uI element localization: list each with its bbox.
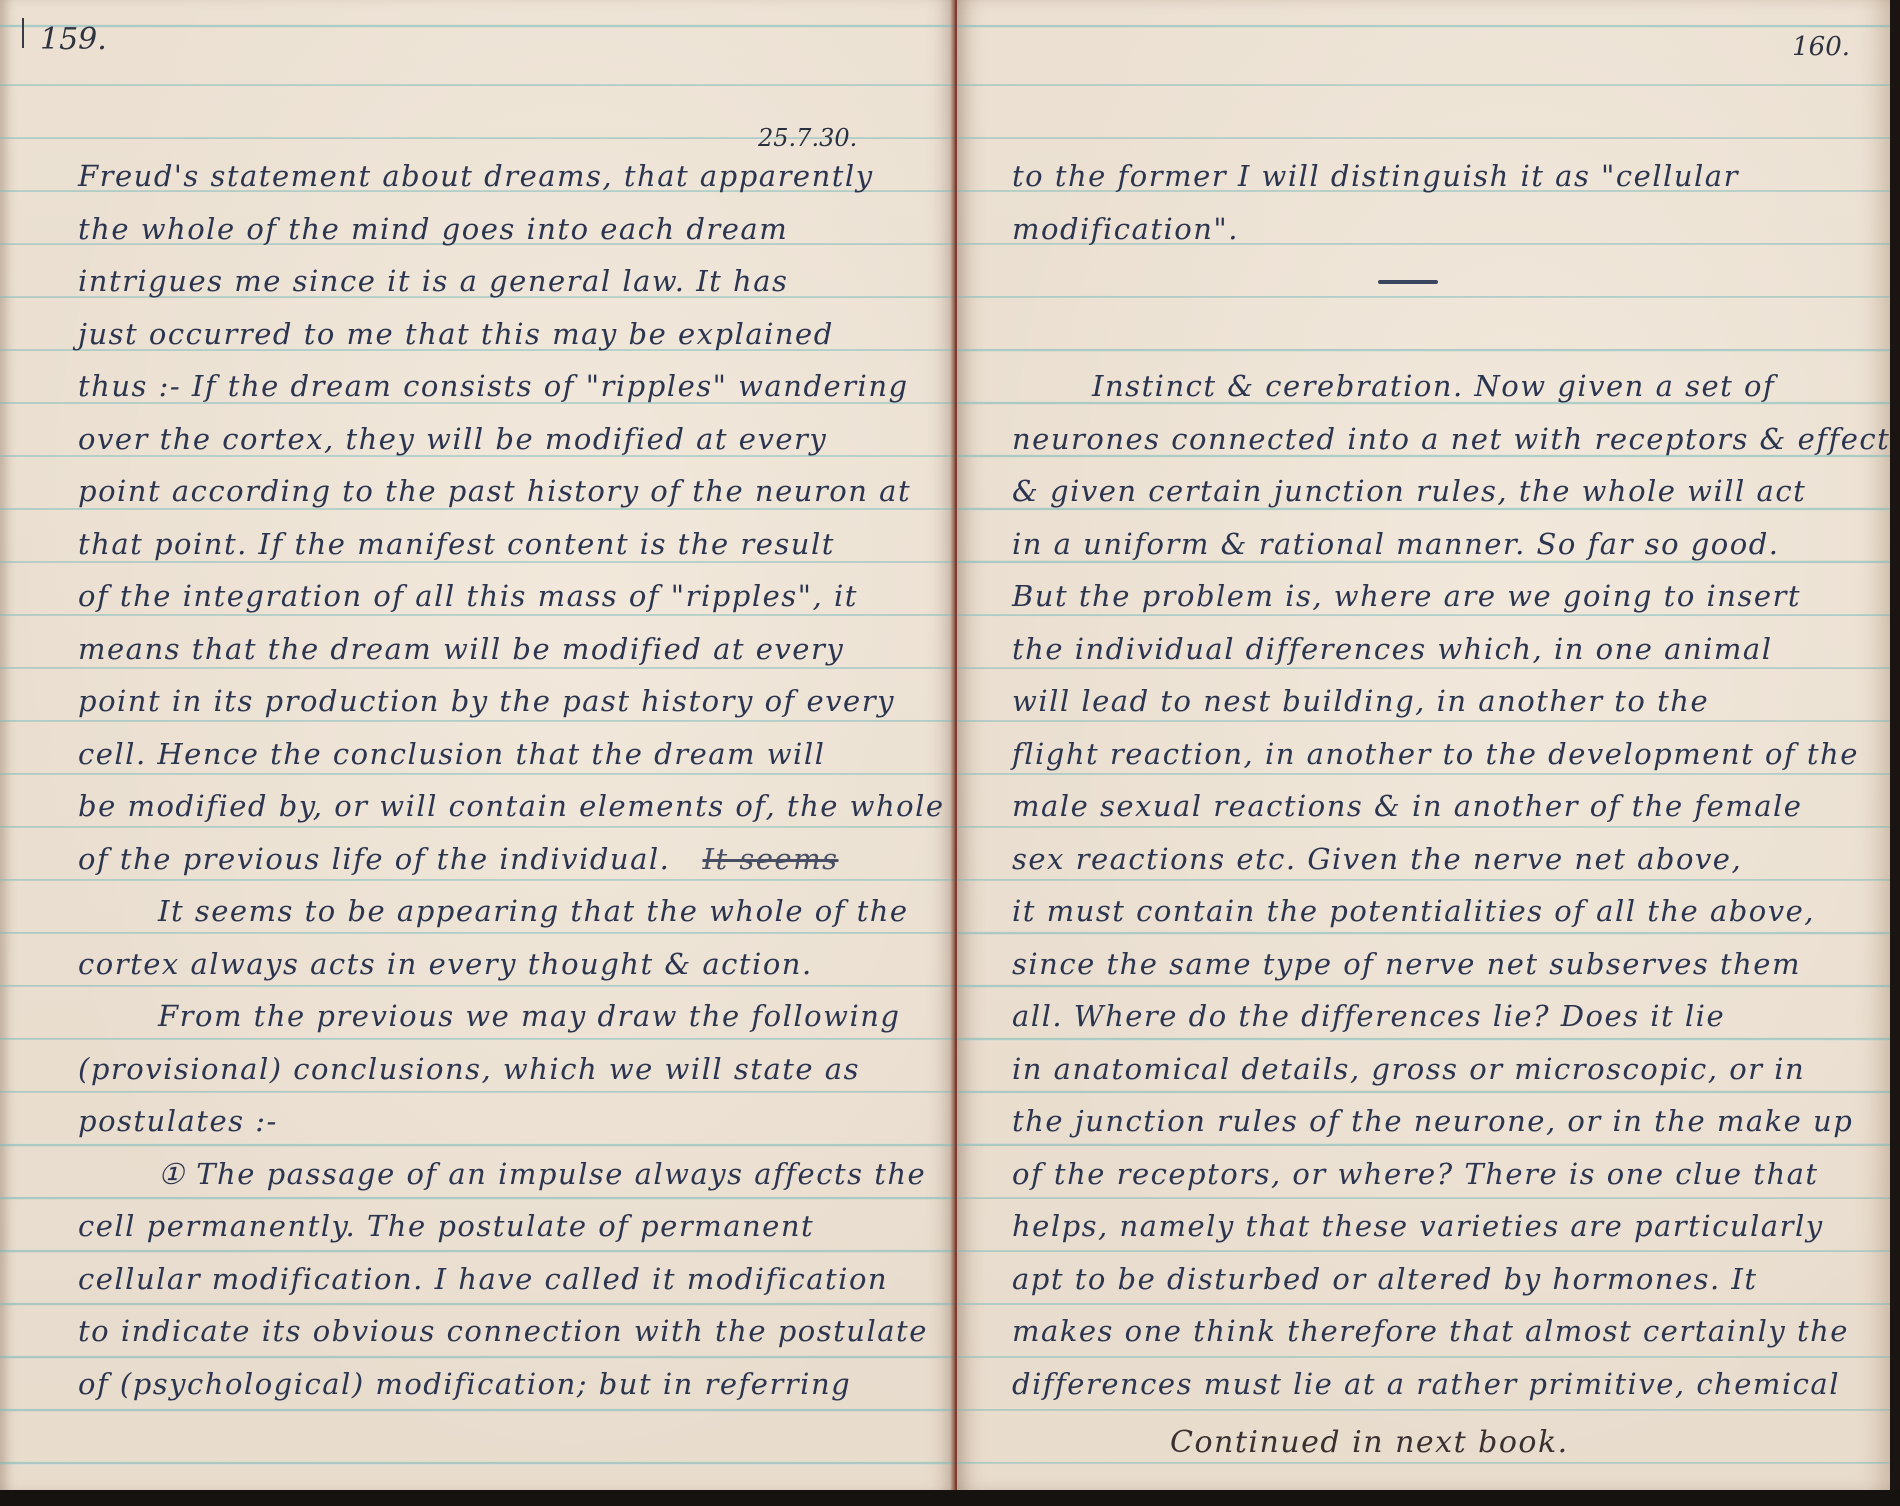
text-line: it must contain the potentialities of al… xyxy=(1012,885,1890,938)
text-line: cell. Hence the conclusion that the drea… xyxy=(78,728,955,781)
continuation-note: Continued in next book. xyxy=(1170,1425,1569,1460)
text-line: neurones connected into a net with recep… xyxy=(1012,413,1890,466)
text-line: the individual differences which, in one… xyxy=(1012,623,1890,676)
text-line: Freud's statement about dreams, that app… xyxy=(78,150,955,203)
struck-through-text: It seems xyxy=(703,842,839,876)
text-line: will lead to nest building, in another t… xyxy=(1012,675,1890,728)
text-line: in anatomical details, gross or microsco… xyxy=(1012,1043,1890,1096)
text-line: cellular modification. I have called it … xyxy=(78,1253,955,1306)
text-line: male sexual reactions & in another of th… xyxy=(1012,780,1890,833)
text-line: point in its production by the past hist… xyxy=(78,675,955,728)
text-line: flight reaction, in another to the devel… xyxy=(1012,728,1890,781)
text-line: postulates :- xyxy=(78,1095,955,1148)
text-line: since the same type of nerve net subserv… xyxy=(1012,938,1890,991)
section-divider xyxy=(1378,280,1438,284)
left-page: 159. 25.7.30. Freud's statement about dr… xyxy=(0,0,957,1490)
text-line: It seems to be appearing that the whole … xyxy=(78,885,955,938)
text-line xyxy=(1012,255,1890,308)
text-line: over the cortex, they will be modified a… xyxy=(78,413,955,466)
text-line: to the former I will distinguish it as "… xyxy=(1012,150,1890,203)
text-segment: of the previous life of the individual. xyxy=(78,842,670,876)
left-page-text: Freud's statement about dreams, that app… xyxy=(78,150,955,1410)
text-line: modification". xyxy=(1012,203,1890,256)
margin-mark xyxy=(22,18,24,48)
text-line: the junction rules of the neurone, or in… xyxy=(1012,1095,1890,1148)
background-edge xyxy=(0,1490,1900,1506)
right-page-text: to the former I will distinguish it as "… xyxy=(1012,150,1890,1410)
notebook-spread: 159. 25.7.30. Freud's statement about dr… xyxy=(0,0,1900,1490)
text-line: of the previous life of the individual. … xyxy=(78,833,955,886)
page-number: 159. xyxy=(40,22,107,57)
text-line: But the problem is, where are we going t… xyxy=(1012,570,1890,623)
text-line: all. Where do the differences lie? Does … xyxy=(1012,990,1890,1043)
text-line: point according to the past history of t… xyxy=(78,465,955,518)
text-line: makes one think therefore that almost ce… xyxy=(1012,1305,1890,1358)
text-line: differences must lie at a rather primiti… xyxy=(1012,1358,1890,1411)
text-line: in a uniform & rational manner. So far s… xyxy=(1012,518,1890,571)
text-line: ① The passage of an impulse always affec… xyxy=(78,1148,955,1201)
text-line: to indicate its obvious connection with … xyxy=(78,1305,955,1358)
text-line: be modified by, or will contain elements… xyxy=(78,780,955,833)
text-line: From the previous we may draw the follow… xyxy=(78,990,955,1043)
text-line: cell permanently. The postulate of perma… xyxy=(78,1200,955,1253)
text-line: of the integration of all this mass of "… xyxy=(78,570,955,623)
text-line: of the receptors, or where? There is one… xyxy=(1012,1148,1890,1201)
text-line: Instinct & cerebration. Now given a set … xyxy=(1012,360,1890,413)
text-line: intrigues me since it is a general law. … xyxy=(78,255,955,308)
text-line: sex reactions etc. Given the nerve net a… xyxy=(1012,833,1890,886)
text-line: means that the dream will be modified at… xyxy=(78,623,955,676)
text-line: & given certain junction rules, the whol… xyxy=(1012,465,1890,518)
text-line: that point. If the manifest content is t… xyxy=(78,518,955,571)
entry-date: 25.7.30. xyxy=(758,124,857,152)
right-page: 160. to the former I will distinguish it… xyxy=(957,0,1890,1490)
page-number: 160. xyxy=(1792,32,1850,62)
text-line: cortex always acts in every thought & ac… xyxy=(78,938,955,991)
text-line: just occurred to me that this may be exp… xyxy=(78,308,955,361)
text-line: (provisional) conclusions, which we will… xyxy=(78,1043,955,1096)
text-line: the whole of the mind goes into each dre… xyxy=(78,203,955,256)
text-line: helps, namely that these varieties are p… xyxy=(1012,1200,1890,1253)
text-line: of (psychological) modification; but in … xyxy=(78,1358,955,1411)
text-line: apt to be disturbed or altered by hormon… xyxy=(1012,1253,1890,1306)
text-line: thus :- If the dream consists of "ripple… xyxy=(78,360,955,413)
text-line xyxy=(1012,308,1890,361)
